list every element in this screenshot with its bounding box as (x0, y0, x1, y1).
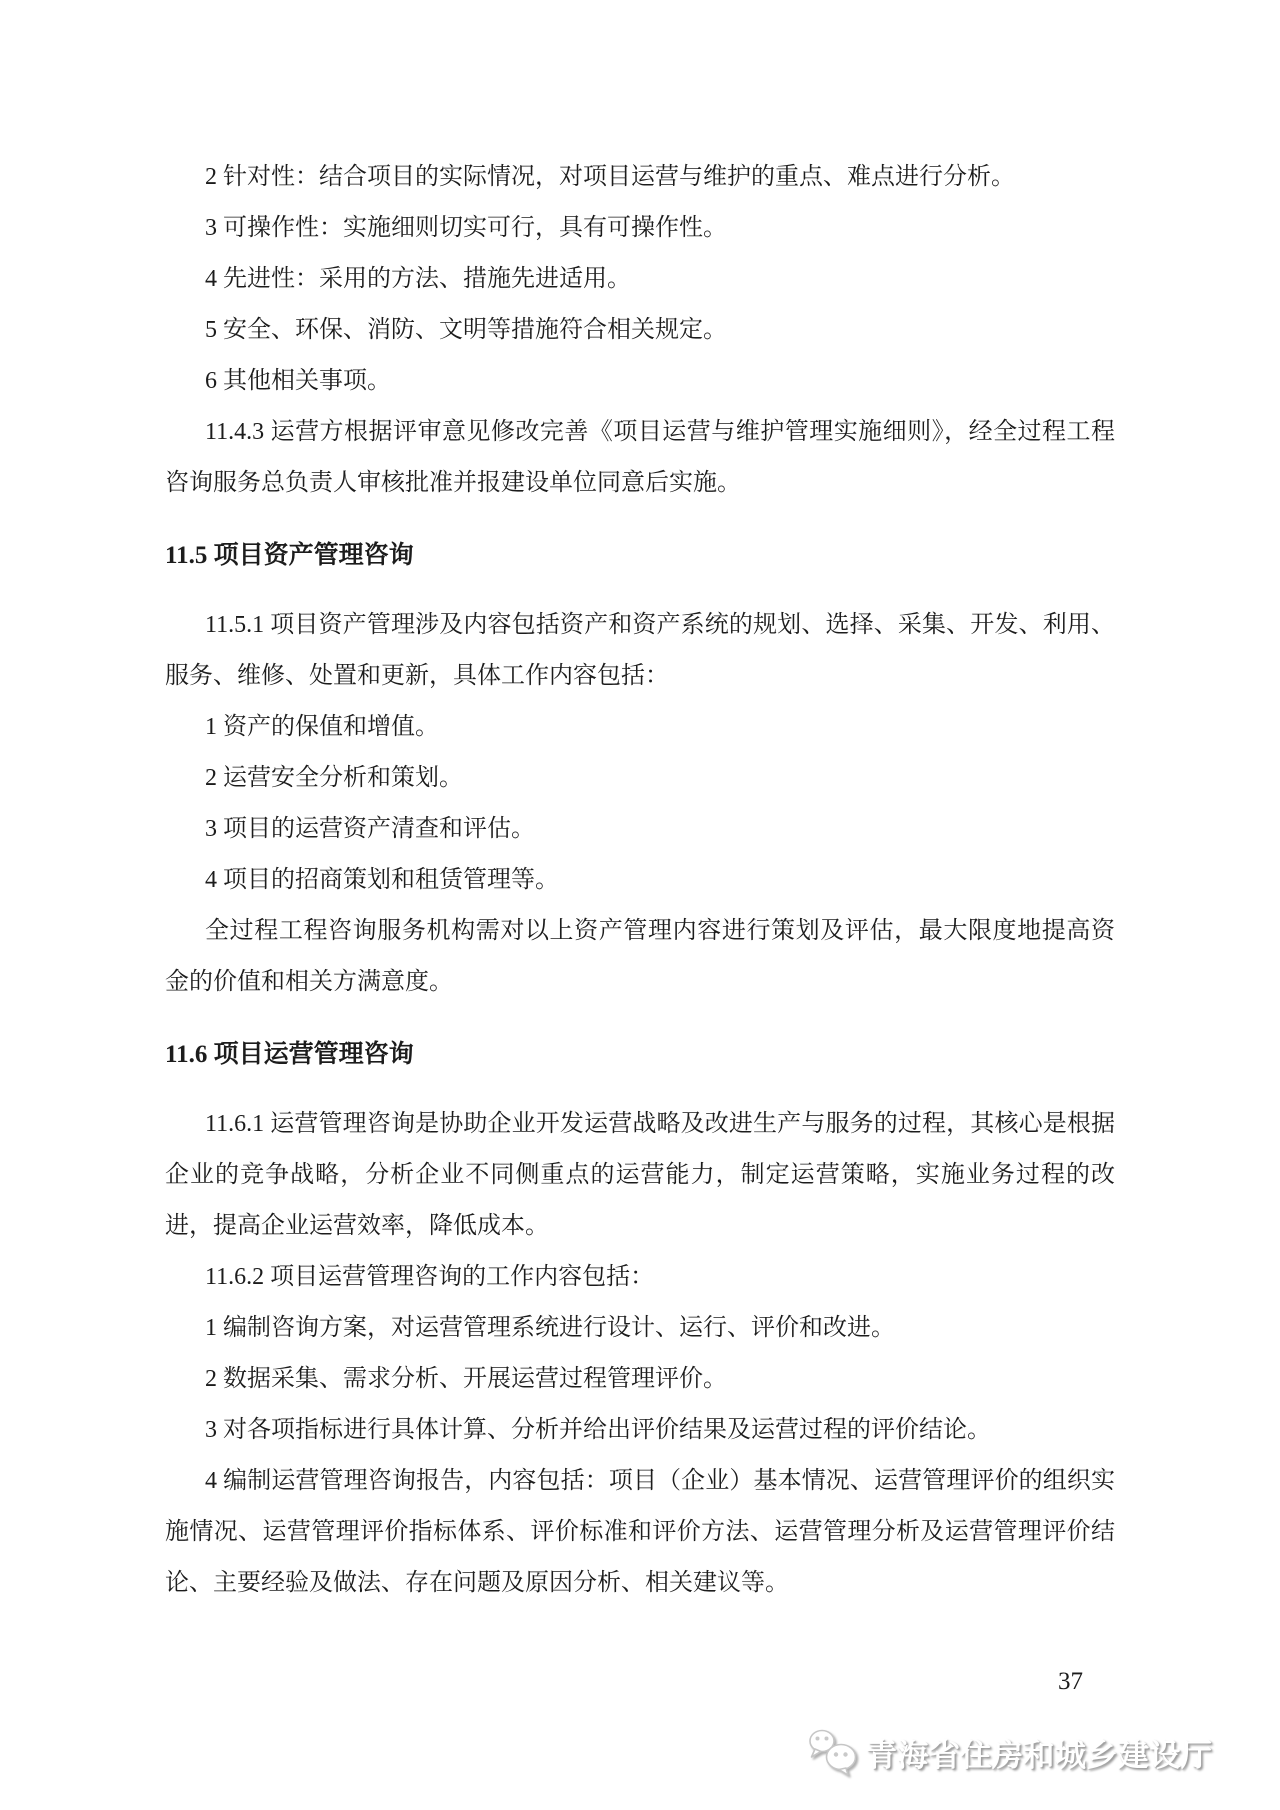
list-item: 3 项目的运营资产清查和评估。 (165, 804, 1115, 855)
list-item: 3 对各项指标进行具体计算、分析并给出评价结果及运营过程的评价结论。 (165, 1405, 1115, 1456)
section-heading: 11.6 项目运营管理咨询 (165, 1029, 1115, 1080)
body-paragraph: 11.4.3 运营方根据评审意见修改完善《项目运营与维护管理实施细则》，经全过程… (165, 407, 1115, 509)
wechat-icon (806, 1728, 860, 1776)
list-item: 4 先进性：采用的方法、措施先进适用。 (165, 254, 1115, 305)
list-item: 1 编制咨询方案，对运营管理系统进行设计、运行、评价和改进。 (165, 1303, 1115, 1354)
list-item: 2 数据采集、需求分析、开展运营过程管理评价。 (165, 1354, 1115, 1405)
list-item: 3 可操作性：实施细则切实可行，具有可操作性。 (165, 203, 1115, 254)
list-item: 2 运营安全分析和策划。 (165, 753, 1115, 804)
body-paragraph: 全过程工程咨询服务机构需对以上资产管理内容进行策划及评估，最大限度地提高资金的价… (165, 906, 1115, 1008)
footer-org-name: 青海省住房和城乡建设厅 (866, 1730, 1213, 1775)
list-item: 4 项目的招商策划和租赁管理等。 (165, 855, 1115, 906)
list-item: 1 资产的保值和增值。 (165, 702, 1115, 753)
footer-watermark: 青海省住房和城乡建设厅 (806, 1728, 1213, 1776)
list-item: 2 针对性：结合项目的实际情况，对项目运营与维护的重点、难点进行分析。 (165, 152, 1115, 203)
body-paragraph: 11.5.1 项目资产管理涉及内容包括资产和资产系统的规划、选择、采集、开发、利… (165, 600, 1115, 702)
list-item: 6 其他相关事项。 (165, 356, 1115, 407)
list-item: 5 安全、环保、消防、文明等措施符合相关规定。 (165, 305, 1115, 356)
list-item: 4 编制运营管理咨询报告，内容包括：项目（企业）基本情况、运营管理评价的组织实施… (165, 1456, 1115, 1609)
body-paragraph: 11.6.1 运营管理咨询是协助企业开发运营战略及改进生产与服务的过程，其核心是… (165, 1099, 1115, 1252)
section-heading: 11.5 项目资产管理咨询 (165, 530, 1115, 581)
document-page: 2 针对性：结合项目的实际情况，对项目运营与维护的重点、难点进行分析。 3 可操… (0, 0, 1280, 1810)
document-body: 2 针对性：结合项目的实际情况，对项目运营与维护的重点、难点进行分析。 3 可操… (165, 152, 1115, 1609)
body-paragraph: 11.6.2 项目运营管理咨询的工作内容包括： (165, 1252, 1115, 1303)
page-number: 37 (1058, 1668, 1083, 1696)
